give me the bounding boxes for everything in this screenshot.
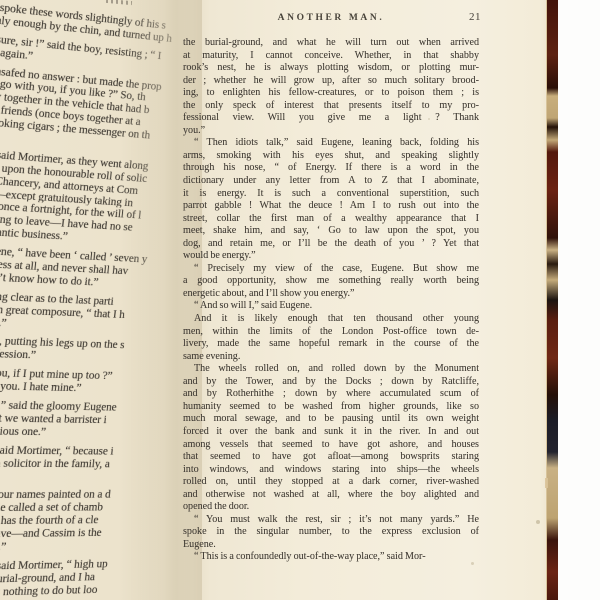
text-line: “ Then idiots talk,” said Eugene, leanin… (183, 137, 479, 150)
left-page-text: y spoke these words slightingly of his s… (0, 0, 202, 600)
text-line: “ You must walk the rest, sir ; it’s not… (183, 514, 479, 527)
text-line: rook’s nest, he is always plotting wisdo… (183, 62, 479, 75)
text-line: “ And so will I,” said Eugene. (183, 300, 479, 313)
text-line: men, within the limits of the London Pos… (183, 326, 479, 339)
cropped-header-fragment (106, 0, 132, 5)
text-line: energetic about, and I’ll show you energ… (183, 288, 479, 301)
text-line: that seemed to have got afloat—among bow… (183, 451, 479, 464)
text-line: der ; whether he will grow up, after so … (183, 75, 479, 88)
text-line: forced it over the bank and sunk it in t… (183, 426, 479, 439)
text-line: and by the Tower, and by the Docks ; dow… (183, 376, 479, 389)
text-line: arms, smoking with his eyes shut, and sp… (183, 150, 479, 163)
text-line: “ Precisely my view of the case, Eugene.… (183, 263, 479, 276)
text-line: meet, shake him, and say, ‘ Go to law up… (183, 225, 479, 238)
text-line: er of the party.” (0, 538, 154, 554)
text-line: self, and he has nothing to do but loo (0, 582, 150, 600)
text-line: through his nose, “ of Energy. If there … (183, 162, 479, 175)
text-line: ing, to enlighten his fellow-creatures, … (183, 87, 479, 100)
text-line: would be energy.” (183, 250, 479, 263)
text-line: Eugene. (183, 539, 479, 552)
text-line: fessional view. Will you give me a light… (183, 112, 479, 125)
text-line: And it is likely enough that ten thousan… (183, 313, 479, 326)
text-line: much moral sewage, and to be pausing unt… (183, 413, 479, 426)
foxing-speck (428, 118, 430, 120)
text-line: and by Rotherhithe ; down by where accum… (183, 388, 479, 401)
text-line: spoke in the singular number, to the exp… (183, 526, 479, 539)
text-line: dictionary under any letter from A to Z … (183, 175, 479, 188)
running-header: ANOTHER MAN. (183, 13, 479, 23)
text-line: same evening. (183, 351, 479, 364)
text-line: humanity seemed to be washed from higher… (183, 401, 479, 414)
book-photo-background: y spoke these words slightingly of his s… (0, 0, 600, 600)
text-line: “ This is a confoundedly out-of-the-way … (183, 551, 479, 564)
text-line: upon me,” said Mortimer, “ because i (0, 443, 164, 458)
text-line: The wheels rolled on, and rolled down by… (183, 363, 479, 376)
text-line: parrot gabble ! What the deuce ! Am I to… (183, 200, 479, 213)
foxing-speck (471, 562, 474, 565)
text-line: dog, and retain me, or I’ll be the death… (183, 238, 479, 251)
text-line: and otherwise not washed at all, where t… (183, 489, 479, 502)
open-book: y spoke these words slightingly of his s… (0, 0, 557, 600)
text-line: you.” (183, 125, 479, 138)
text-line: the burial-ground, and what he will turn… (183, 37, 479, 50)
text-line: a good opportunity, show me something re… (183, 275, 479, 288)
text-line: e got a precious one.” (0, 424, 166, 440)
left-page: y spoke these words slightingly of his s… (0, 0, 202, 600)
right-page-text: the burial-ground, and what he will turn… (183, 37, 479, 564)
text-line: we wanted a solicitor in the family, a (0, 456, 163, 470)
page-header-row: ANOTHER MAN. 21 (183, 0, 479, 27)
text-line: street, collar the first man of a wealth… (183, 213, 479, 226)
right-page: ANOTHER MAN. 21 the burial-ground, and w… (183, 0, 479, 600)
text-line: opened the door. (183, 501, 479, 514)
marbled-book-edge (546, 0, 558, 600)
text-line: at maturity, I cannot conceive. Whether,… (183, 50, 479, 63)
text-line: the only speck of interest that presents… (183, 100, 479, 113)
text-line: into windows, and windows staring into s… (183, 464, 479, 477)
text-line: it is energy. It is such a conventional … (183, 188, 479, 201)
text-line: rolled on, until they stopped at a dark … (183, 476, 479, 489)
text-line: ecious one.” (0, 469, 161, 482)
text-line: among vessels that seemed to have got as… (183, 439, 479, 452)
text-line: r of us, with our names painted on a d (0, 488, 159, 501)
board-edge-highlight (545, 478, 548, 488)
foxing-speck (536, 520, 540, 524)
text-line: livery, made the same hopeful remark in … (183, 338, 479, 351)
page-number: 21 (469, 11, 481, 23)
